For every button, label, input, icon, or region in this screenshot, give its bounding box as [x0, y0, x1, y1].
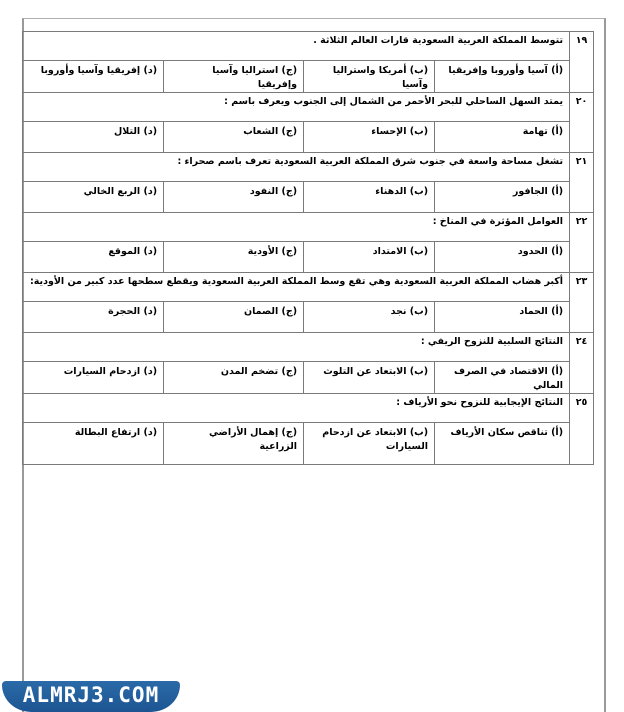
option-b[interactable]: (ب) الامتداد	[304, 242, 435, 273]
question-row: ٢٣ أكبر هضاب المملكة العربية السعودية وه…	[23, 273, 594, 302]
option-d[interactable]: (د) الربع الخالي	[23, 182, 164, 213]
options-row: (أ) الاقتصاد في الصرف المالي (ب) الابتعا…	[23, 362, 594, 394]
question-row: ١٩ تتوسط المملكة العربية السعودية قارات …	[23, 32, 594, 61]
options-row: (أ) تهامة (ب) الإحساء (ج) الشعاب (د) الت…	[23, 122, 594, 153]
options-row: (أ) الجافور (ب) الدهناء (ج) النفود (د) ا…	[23, 182, 594, 213]
question-text: النتائج السلبية للنزوح الريفي :	[23, 333, 570, 362]
option-c[interactable]: (ج) الشعاب	[164, 122, 304, 153]
question-number: ٢٣	[570, 273, 594, 333]
options-row: (أ) آسيا وأوروبا وإفريقيا (ب) أمريكا واس…	[23, 61, 594, 93]
question-number: ٢٥	[570, 394, 594, 465]
options-row: (أ) الحماد (ب) نجد (ج) الصمان (د) الحجرة	[23, 302, 594, 333]
option-b[interactable]: (ب) الإحساء	[304, 122, 435, 153]
option-a[interactable]: (أ) الاقتصاد في الصرف المالي	[435, 362, 570, 394]
option-c[interactable]: (ج) استراليا وآسيا وإفريقيا	[164, 61, 304, 93]
option-d[interactable]: (د) إفريقيا وآسيا وأوروبا	[23, 61, 164, 93]
quiz-table: ١٩ تتوسط المملكة العربية السعودية قارات …	[22, 31, 594, 465]
question-number: ٢٤	[570, 333, 594, 394]
option-c[interactable]: (ج) النفود	[164, 182, 304, 213]
option-c[interactable]: (ج) الأودية	[164, 242, 304, 273]
question-text: تشغل مساحة واسعة في جنوب شرق المملكة الع…	[23, 153, 570, 182]
option-b[interactable]: (ب) الابتعاد عن ازدحام السيارات	[304, 423, 435, 465]
question-text: العوامل المؤثرة في المناخ :	[23, 213, 570, 242]
question-text: أكبر هضاب المملكة العربية السعودية وهي ت…	[23, 273, 570, 302]
options-row: (أ) تناقص سكان الأرياف (ب) الابتعاد عن ا…	[23, 423, 594, 465]
option-a[interactable]: (أ) آسيا وأوروبا وإفريقيا	[435, 61, 570, 93]
option-d[interactable]: (د) الحجرة	[23, 302, 164, 333]
option-d[interactable]: (د) ازدحام السيارات	[23, 362, 164, 394]
question-number: ١٩	[570, 32, 594, 93]
option-c[interactable]: (ج) الصمان	[164, 302, 304, 333]
question-row: ٢١ تشغل مساحة واسعة في جنوب شرق المملكة …	[23, 153, 594, 182]
question-number: ٢٢	[570, 213, 594, 273]
option-d[interactable]: (د) التلال	[23, 122, 164, 153]
option-b[interactable]: (ب) نجد	[304, 302, 435, 333]
option-b[interactable]: (ب) أمريكا واستراليا وآسيا	[304, 61, 435, 93]
option-d[interactable]: (د) ارتفاع البطالة	[23, 423, 164, 465]
question-row: ٢٥ النتائج الإيجابية للنزوح نحو الأرياف …	[23, 394, 594, 423]
options-row: (أ) الحدود (ب) الامتداد (ج) الأودية (د) …	[23, 242, 594, 273]
question-row: ٢٤ النتائج السلبية للنزوح الريفي :	[23, 333, 594, 362]
option-a[interactable]: (أ) تناقص سكان الأرياف	[435, 423, 570, 465]
question-row: ٢٢ العوامل المؤثرة في المناخ :	[23, 213, 594, 242]
question-number: ٢١	[570, 153, 594, 213]
question-text: تتوسط المملكة العربية السعودية قارات الع…	[23, 32, 570, 61]
option-b[interactable]: (ب) الابتعاد عن التلوث	[304, 362, 435, 394]
question-text: يمتد السهل الساحلي للبحر الأحمر من الشما…	[23, 93, 570, 122]
question-text: النتائج الإيجابية للنزوح نحو الأرياف :	[23, 394, 570, 423]
watermark-logo: ALMRJ3.COM	[2, 681, 180, 712]
option-a[interactable]: (أ) الحدود	[435, 242, 570, 273]
option-d[interactable]: (د) الموقع	[23, 242, 164, 273]
option-b[interactable]: (ب) الدهناء	[304, 182, 435, 213]
question-row: ٢٠ يمتد السهل الساحلي للبحر الأحمر من ال…	[23, 93, 594, 122]
option-c[interactable]: (ج) إهمال الأراضي الزراعية	[164, 423, 304, 465]
question-number: ٢٠	[570, 93, 594, 153]
option-c[interactable]: (ج) تضخم المدن	[164, 362, 304, 394]
option-a[interactable]: (أ) تهامة	[435, 122, 570, 153]
option-a[interactable]: (أ) الجافور	[435, 182, 570, 213]
option-a[interactable]: (أ) الحماد	[435, 302, 570, 333]
